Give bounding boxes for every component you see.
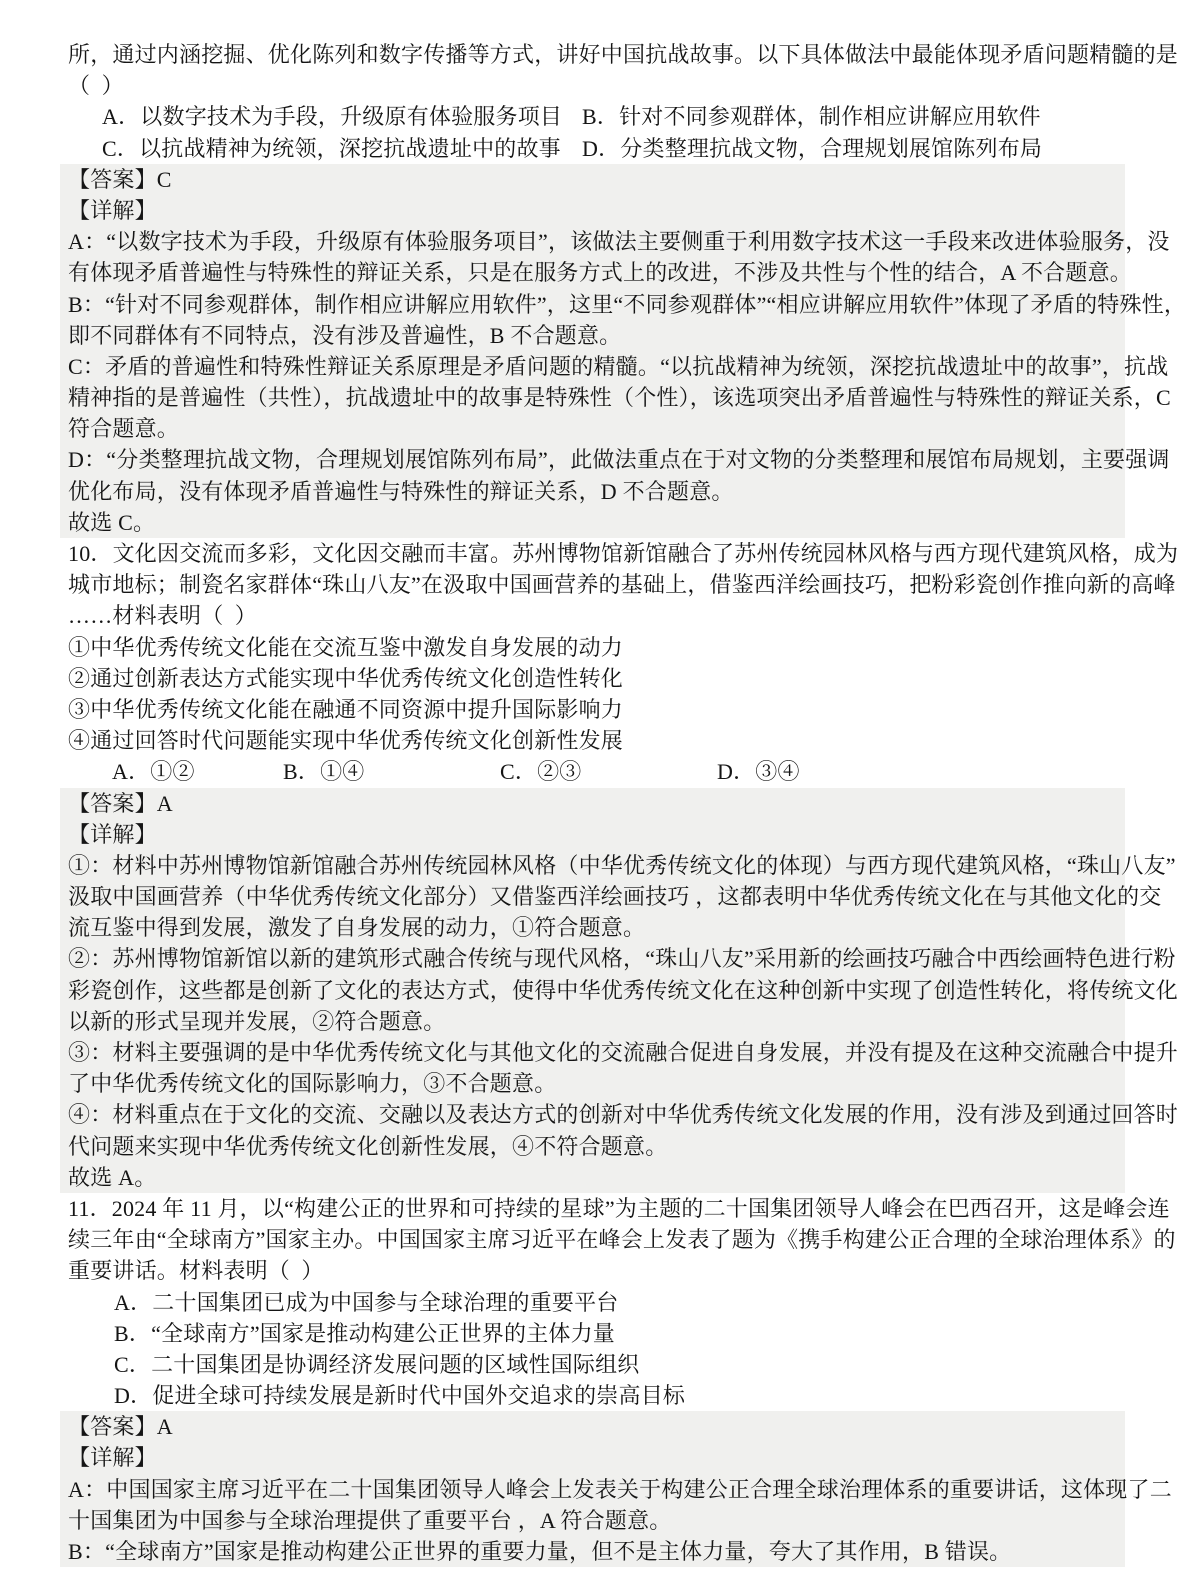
answer-text-line: 代问题来实现中华优秀传统文化创新性发展，④不符合题意。	[68, 1131, 1125, 1162]
document-page: 所，通过内涵挖掘、优化陈列和数字传播等方式，讲好中国抗战故事。以下具体做法中最能…	[0, 0, 1190, 1567]
question-text-line: ①中华优秀传统文化能在交流互鉴中激发自身发展的动力	[68, 632, 1125, 663]
answer-10: 【答案】A【详解】①：材料中苏州博物馆新馆融合苏州传统园林风格（中华优秀传统文化…	[60, 788, 1125, 1193]
answer-text-line: 流互鉴中得到发展，激发了自身发展的动力，①符合题意。	[68, 912, 1125, 943]
option-choice: C．②③	[500, 756, 717, 787]
answer-text-line: 十国集团为中国参与全球治理提供了重要平台 ，A 符合题意。	[68, 1505, 1125, 1536]
answer-text-line: 精神指的是普遍性（共性），抗战遗址中的故事是特殊性（个性），该选项突出矛盾普遍性…	[68, 382, 1125, 413]
question-text-line: 重要讲话。材料表明（ ）	[68, 1255, 1125, 1286]
answer-text-line: 故选 A。	[68, 1162, 1125, 1193]
question-text-line: ③中华优秀传统文化能在融通不同资源中提升国际影响力	[68, 694, 1125, 725]
answer-text-line: 【答案】A	[68, 788, 1125, 819]
answer-text-line: A：“以数字技术为手段，升级原有体验服务项目”，该做法主要侧重于利用数字技术这一…	[68, 226, 1125, 257]
answer-text-line: 【答案】C	[68, 164, 1125, 195]
answer-text-line: 有体现矛盾普遍性与特殊性的辩证关系，只是在服务方式上的改进，不涉及共性与个性的结…	[68, 257, 1125, 288]
answer-text-line: 【详解】	[68, 195, 1125, 226]
question-text-line: 续三年由“全球南方”国家主办。中国国家主席习近平在峰会上发表了题为《携手构建公正…	[68, 1224, 1125, 1255]
answer-text-line: 优化布局，没有体现矛盾普遍性与特殊性的辩证关系，D 不合题意。	[68, 476, 1125, 507]
question-text-line: ……材料表明（ ）	[68, 600, 1125, 631]
answer-text-line: 【详解】	[68, 1442, 1125, 1473]
answer-text-line: 汲取中国画营养（中华优秀传统文化部分）又借鉴西洋绘画技巧 ，这都表明中华优秀传统…	[68, 881, 1125, 912]
question-text-line: D．促进全球可持续发展是新时代中国外交追求的崇高目标	[68, 1380, 1125, 1411]
answer-text-line: ②：苏州博物馆新馆以新的建筑形式融合传统与现代风格，“珠山八友”采用新的绘画技巧…	[68, 943, 1125, 974]
question-10: 10．文化因交流而多彩，文化因交融而丰富。苏州博物馆新馆融合了苏州传统园林风格与…	[68, 538, 1125, 788]
answer-11: 【答案】A【详解】A：中国国家主席习近平在二十国集团领导人峰会上发表关于构建公正…	[60, 1411, 1125, 1567]
question-text-line: ②通过创新表达方式能实现中华优秀传统文化创造性转化	[68, 663, 1125, 694]
question-text-line: 10．文化因交流而多彩，文化因交融而丰富。苏州博物馆新馆融合了苏州传统园林风格与…	[68, 538, 1125, 569]
option-choice: C．以抗战精神为统领，深挖抗战遗址中的故事	[102, 133, 582, 164]
question-text-line: B．“全球南方”国家是推动构建公正世界的主体力量	[68, 1318, 1125, 1349]
answer-text-line: 以新的形式呈现并发展，②符合题意。	[68, 1006, 1125, 1037]
question-text-line: 城市地标；制瓷名家群体“珠山八友”在汲取中国画营养的基础上，借鉴西洋绘画技巧，把…	[68, 569, 1125, 600]
option-choice: B．针对不同参观群体，制作相应讲解应用软件	[582, 101, 1041, 132]
question-11: 11．2024 年 11 月，以“构建公正的世界和可持续的星球”为主题的二十国集…	[68, 1193, 1125, 1411]
answer-text-line: B：“全球南方”国家是推动构建公正世界的重要力量，但不是主体力量，夸大了其作用，…	[68, 1536, 1125, 1567]
answer-text-line: 了中华优秀传统文化的国际影响力，③不合题意。	[68, 1068, 1125, 1099]
answer-9: 【答案】C【详解】A：“以数字技术为手段，升级原有体验服务项目”，该做法主要侧重…	[60, 164, 1125, 538]
answer-text-line: D：“分类整理抗战文物，合理规划展馆陈列布局”，此做法重点在于对文物的分类整理和…	[68, 444, 1125, 475]
question-text-line: （ ）	[68, 70, 1125, 101]
question-text-line: C．以抗战精神为统领，深挖抗战遗址中的故事D．分类整理抗战文物，合理规划展馆陈列…	[68, 133, 1125, 164]
option-choice: D．③④	[717, 756, 800, 787]
answer-text-line: ④：材料重点在于文化的交流、交融以及表达方式的创新对中华优秀传统文化发展的作用，…	[68, 1099, 1125, 1130]
question-text-line: ④通过回答时代问题能实现中华优秀传统文化创新性发展	[68, 725, 1125, 756]
question-text-line: 所，通过内涵挖掘、优化陈列和数字传播等方式，讲好中国抗战故事。以下具体做法中最能…	[68, 39, 1125, 70]
answer-text-line: B：“针对不同参观群体，制作相应讲解应用软件”，这里“不同参观群体”“相应讲解应…	[68, 289, 1125, 320]
question-9-continuation: 所，通过内涵挖掘、优化陈列和数字传播等方式，讲好中国抗战故事。以下具体做法中最能…	[68, 39, 1125, 164]
answer-text-line: C：矛盾的普遍性和特殊性辩证关系原理是矛盾问题的精髓。“以抗战精神为统领，深挖抗…	[68, 351, 1125, 382]
question-text-line: A．以数字技术为手段，升级原有体验服务项目B．针对不同参观群体，制作相应讲解应用…	[68, 101, 1125, 132]
question-text-line: A．①②B．①④C．②③D．③④	[68, 756, 1125, 787]
answer-text-line: ③：材料主要强调的是中华优秀传统文化与其他文化的交流融合促进自身发展，并没有提及…	[68, 1037, 1125, 1068]
option-choice: D．分类整理抗战文物，合理规划展馆陈列布局	[582, 133, 1042, 164]
answer-text-line: 故选 C。	[68, 507, 1125, 538]
option-choice: B．①④	[283, 756, 500, 787]
question-text-line: A．二十国集团已成为中国参与全球治理的重要平台	[68, 1287, 1125, 1318]
answer-text-line: 即不同群体有不同特点，没有涉及普遍性，B 不合题意。	[68, 320, 1125, 351]
option-choice: A．以数字技术为手段，升级原有体验服务项目	[102, 101, 582, 132]
answer-text-line: A：中国国家主席习近平在二十国集团领导人峰会上发表关于构建公正合理全球治理体系的…	[68, 1474, 1125, 1505]
answer-text-line: ①：材料中苏州博物馆新馆融合苏州传统园林风格（中华优秀传统文化的体现）与西方现代…	[68, 850, 1125, 881]
answer-text-line: 符合题意。	[68, 413, 1125, 444]
answer-text-line: 彩瓷创作，这些都是创新了文化的表达方式，使得中华优秀传统文化在这种创新中实现了创…	[68, 975, 1125, 1006]
answer-text-line: 【答案】A	[68, 1411, 1125, 1442]
option-choice: A．①②	[112, 756, 283, 787]
question-text-line: C．二十国集团是协调经济发展问题的区域性国际组织	[68, 1349, 1125, 1380]
question-text-line: 11．2024 年 11 月，以“构建公正的世界和可持续的星球”为主题的二十国集…	[68, 1193, 1125, 1224]
answer-text-line: 【详解】	[68, 819, 1125, 850]
